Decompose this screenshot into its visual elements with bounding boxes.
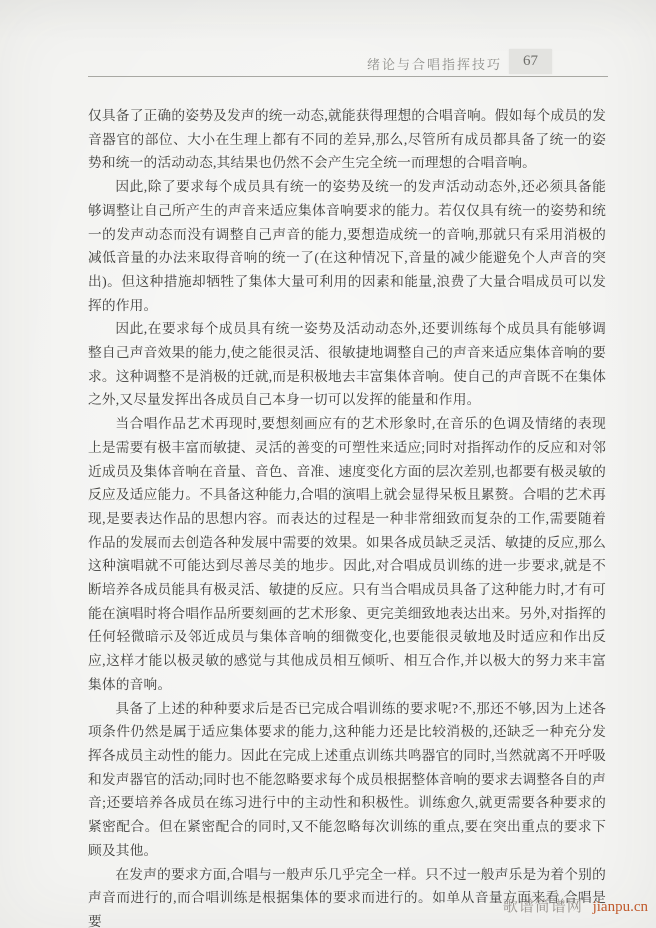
body-paragraph: 因此,在要求每个成员具有统一姿势及活动动态外,还要训练每个成员具有能够调整自己声…	[88, 317, 606, 412]
body-paragraph: 当合唱作品艺术再现时,要想刻画应有的艺术形象时,在音乐的色调及情绪的表现上是需要…	[88, 412, 606, 696]
watermark-site-name: 歌谱简谱网	[503, 899, 583, 915]
running-header: 绪论与合唱指挥技巧 67	[88, 46, 608, 76]
watermark-site-url: jianpu.cn	[593, 899, 648, 915]
header-divider	[88, 76, 608, 77]
page-body-text: 仅具备了正确的姿势及发声的统一动态,就能获得理想的合唱音响。假如每个成员的发音器…	[88, 104, 606, 928]
body-paragraph: 仅具备了正确的姿势及发声的统一动态,就能获得理想的合唱音响。假如每个成员的发音器…	[88, 104, 606, 175]
page-number-badge: 67	[509, 49, 552, 74]
book-page: 绪论与合唱指挥技巧 67 仅具备了正确的姿势及发声的统一动态,就能获得理想的合唱…	[0, 0, 656, 928]
running-header-title: 绪论与合唱指挥技巧	[367, 54, 502, 73]
body-paragraph: 因此,除了要求每个成员具有统一的姿势及统一的发声活动动态外,还必须具备能够调整让…	[88, 175, 606, 317]
watermark: 歌谱简谱网 jianpu.cn	[503, 895, 648, 916]
body-paragraph: 具备了上述的种种要求后是否已完成合唱训练的要求呢?不,那还不够,因为上述各项条件…	[88, 697, 606, 863]
